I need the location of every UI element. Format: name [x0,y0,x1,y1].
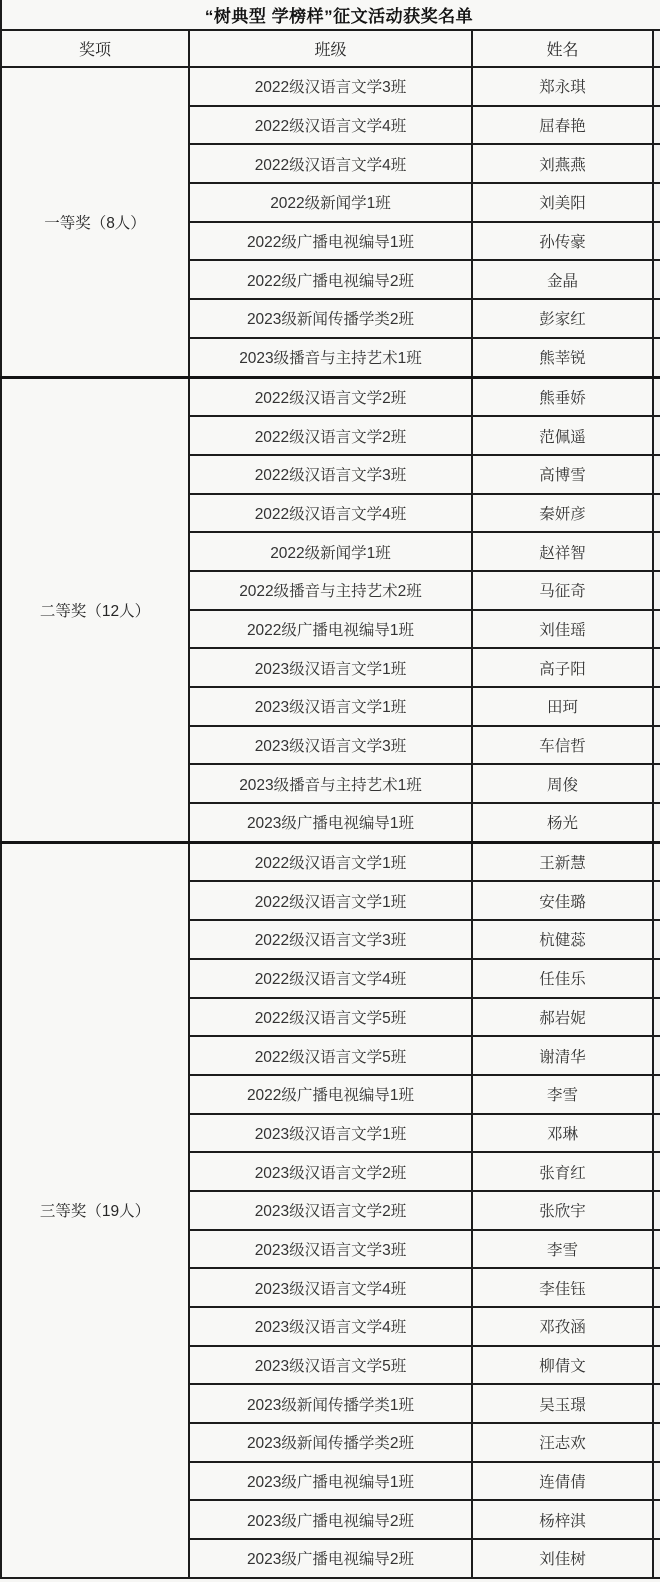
clipped-edge-cell [653,648,660,687]
name-cell: 屈春艳 [472,106,653,145]
class-cell: 2022级汉语言文学4班 [189,494,472,533]
clipped-edge-cell [653,1075,660,1114]
class-cell: 2023级汉语言文学2班 [189,1191,472,1230]
name-cell: 安佳璐 [472,881,653,920]
name-cell: 李佳钰 [472,1268,653,1307]
class-cell: 2023级汉语言文学2班 [189,1152,472,1191]
class-cell: 2022级广播电视编导2班 [189,260,472,299]
clipped-edge-cell [653,299,660,338]
name-cell: 郝岩妮 [472,998,653,1037]
clipped-edge-cell [653,494,660,533]
clipped-edge-cell [653,67,660,106]
name-cell: 金晶 [472,260,653,299]
class-cell: 2023级新闻传播学类1班 [189,1384,472,1423]
name-cell: 柳倩文 [472,1346,653,1385]
name-cell: 刘佳瑶 [472,610,653,649]
clipped-edge-cell [653,144,660,183]
clipped-edge-column-header [653,30,660,67]
clipped-edge-cell [653,842,660,881]
class-cell: 2022级汉语言文学3班 [189,67,472,106]
clipped-edge-cell [653,1462,660,1501]
name-cell: 李雪 [472,1230,653,1269]
name-cell: 孙传豪 [472,222,653,261]
clipped-edge-cell [653,1036,660,1075]
clipped-edge-cell [653,1268,660,1307]
clipped-edge-cell [653,1114,660,1153]
clipped-edge-cell [653,959,660,998]
name-cell: 杨梓淇 [472,1500,653,1539]
class-cell: 2022级广播电视编导1班 [189,222,472,261]
award-group-label: 三等奖（19人） [1,842,189,1578]
class-cell: 2022级汉语言文学3班 [189,920,472,959]
class-cell: 2023级广播电视编导1班 [189,1462,472,1501]
clipped-edge-cell [653,571,660,610]
name-cell: 刘美阳 [472,183,653,222]
clipped-edge-cell [653,1423,660,1462]
clipped-edge-cell [653,1384,660,1423]
name-cell: 高博雪 [472,455,653,494]
name-cell: 高子阳 [472,648,653,687]
class-cell: 2022级广播电视编导1班 [189,1075,472,1114]
clipped-edge-cell [653,764,660,803]
class-cell: 2022级播音与主持艺术2班 [189,571,472,610]
class-cell: 2022级汉语言文学5班 [189,998,472,1037]
clipped-edge-cell [653,183,660,222]
name-cell: 吴玉璟 [472,1384,653,1423]
clipped-edge-cell [653,920,660,959]
name-cell: 杭健蕊 [472,920,653,959]
class-cell: 2023级播音与主持艺术1班 [189,338,472,377]
name-cell: 李雪 [472,1075,653,1114]
class-cell: 2023级汉语言文学1班 [189,1114,472,1153]
title-row: “树典型 学榜样”征文活动获奖名单 [1,0,660,30]
class-cell: 2022级汉语言文学5班 [189,1036,472,1075]
name-cell: 赵祥智 [472,532,653,571]
name-cell: 刘佳树 [472,1539,653,1578]
name-cell: 彭家红 [472,299,653,338]
class-cell: 2022级汉语言文学4班 [189,106,472,145]
clipped-edge-cell [653,377,660,416]
clipped-edge-cell [653,1307,660,1346]
class-cell: 2022级新闻学1班 [189,183,472,222]
clipped-edge-cell [653,416,660,455]
class-cell: 2022级汉语言文学1班 [189,842,472,881]
clipped-edge-cell [653,726,660,765]
class-cell: 2022级新闻学1班 [189,532,472,571]
class-cell: 2023级汉语言文学3班 [189,726,472,765]
class-cell: 2023级汉语言文学3班 [189,1230,472,1269]
class-cell: 2022级汉语言文学1班 [189,881,472,920]
column-header-row: 奖项 班级 姓名 [1,30,660,67]
class-cell: 2022级汉语言文学2班 [189,377,472,416]
class-cell: 2023级汉语言文学4班 [189,1307,472,1346]
name-cell: 汪志欢 [472,1423,653,1462]
column-header-class: 班级 [189,30,472,67]
clipped-edge-cell [653,260,660,299]
column-header-award: 奖项 [1,30,189,67]
clipped-edge-cell [653,1191,660,1230]
class-cell: 2023级汉语言文学5班 [189,1346,472,1385]
class-cell: 2022级汉语言文学2班 [189,416,472,455]
award-table-body: 一等奖（8人）2022级汉语言文学3班郑永琪2022级汉语言文学4班屈春艳202… [1,67,660,1578]
clipped-edge-cell [653,1230,660,1269]
class-cell: 2023级广播电视编导2班 [189,1500,472,1539]
name-cell: 周俊 [472,764,653,803]
name-cell: 田珂 [472,687,653,726]
document-sheet: “树典型 学榜样”征文活动获奖名单 奖项 班级 姓名 一等奖（8人）2022级汉… [0,0,660,1582]
class-cell: 2023级新闻传播学类2班 [189,1423,472,1462]
name-cell: 郑永琪 [472,67,653,106]
name-cell: 王新慧 [472,842,653,881]
column-header-name: 姓名 [472,30,653,67]
clipped-edge-cell [653,1152,660,1191]
clipped-edge-cell [653,998,660,1037]
clipped-edge-cell [653,1346,660,1385]
clipped-edge-cell [653,1500,660,1539]
class-cell: 2023级广播电视编导1班 [189,803,472,842]
class-cell: 2022级汉语言文学4班 [189,959,472,998]
name-cell: 熊莘锐 [472,338,653,377]
table-row: 三等奖（19人）2022级汉语言文学1班王新慧 [1,842,660,881]
award-group-label: 二等奖（12人） [1,377,189,842]
name-cell: 张育红 [472,1152,653,1191]
class-cell: 2023级新闻传播学类2班 [189,299,472,338]
award-group-label: 一等奖（8人） [1,67,189,377]
name-cell: 邓孜涵 [472,1307,653,1346]
clipped-edge-cell [653,455,660,494]
name-cell: 杨光 [472,803,653,842]
clipped-edge-cell [653,222,660,261]
class-cell: 2022级汉语言文学3班 [189,455,472,494]
name-cell: 连倩倩 [472,1462,653,1501]
class-cell: 2022级广播电视编导1班 [189,610,472,649]
class-cell: 2023级广播电视编导2班 [189,1539,472,1578]
table-row: 二等奖（12人）2022级汉语言文学2班熊垂娇 [1,377,660,416]
name-cell: 任佳乐 [472,959,653,998]
clipped-edge-cell [653,881,660,920]
class-cell: 2023级汉语言文学1班 [189,648,472,687]
name-cell: 马征奇 [472,571,653,610]
name-cell: 刘燕燕 [472,144,653,183]
class-cell: 2023级汉语言文学1班 [189,687,472,726]
name-cell: 范佩遥 [472,416,653,455]
table-row: 一等奖（8人）2022级汉语言文学3班郑永琪 [1,67,660,106]
award-table: “树典型 学榜样”征文活动获奖名单 奖项 班级 姓名 一等奖（8人）2022级汉… [0,0,660,1579]
name-cell: 谢清华 [472,1036,653,1075]
clipped-edge-cell [653,1539,660,1578]
name-cell: 车信哲 [472,726,653,765]
name-cell: 秦妍彦 [472,494,653,533]
name-cell: 张欣宇 [472,1191,653,1230]
class-cell: 2022级汉语言文学4班 [189,144,472,183]
name-cell: 熊垂娇 [472,377,653,416]
clipped-edge-cell [653,687,660,726]
page-title: “树典型 学榜样”征文活动获奖名单 [1,0,660,30]
class-cell: 2023级播音与主持艺术1班 [189,764,472,803]
clipped-edge-cell [653,610,660,649]
clipped-edge-cell [653,532,660,571]
clipped-edge-cell [653,338,660,377]
clipped-edge-cell [653,106,660,145]
name-cell: 邓琳 [472,1114,653,1153]
class-cell: 2023级汉语言文学4班 [189,1268,472,1307]
clipped-edge-cell [653,803,660,842]
